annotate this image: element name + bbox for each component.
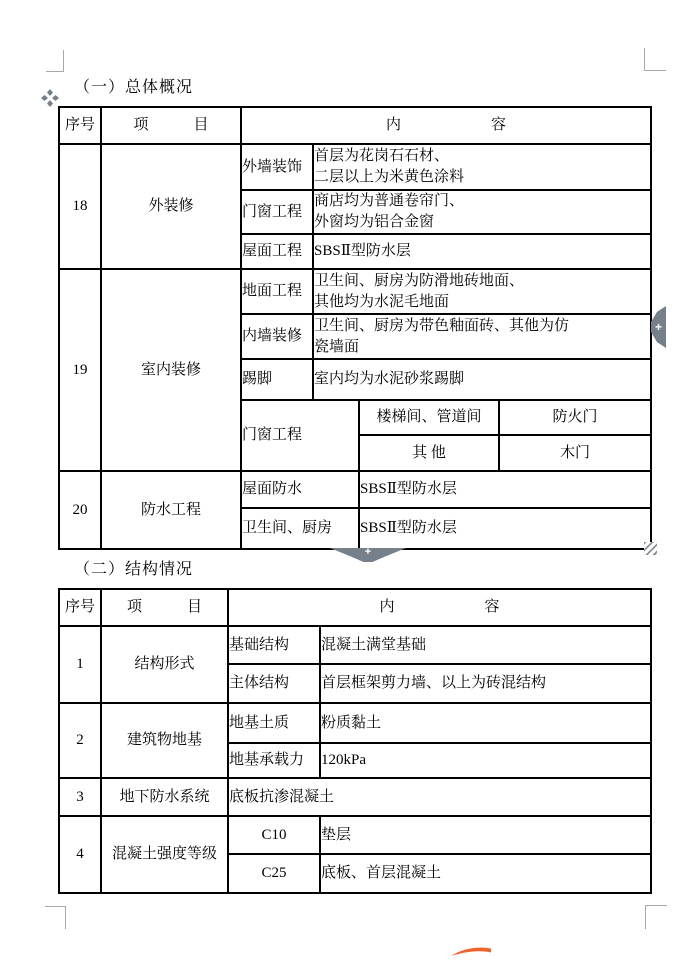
content-cell: 底板抗渗混凝土: [228, 778, 651, 816]
structure-table: 序号 项 目 内 容 1 结构形式 基础结构 混凝土满堂基础 主体结构 首层框架…: [58, 588, 652, 894]
item-cell: 结构形式: [101, 626, 228, 703]
sublabel-cell: C25: [228, 854, 320, 893]
plus-icon: +: [655, 320, 662, 334]
content-cell: 首层为花岗石石材、 二层以上为米黄色涂料: [313, 144, 651, 190]
row-number-cell: 20: [59, 471, 101, 549]
sublabel-cell: 屋面防水: [241, 471, 359, 508]
section-title-overview: （一）总体概况: [74, 74, 193, 97]
content-cell: 其 他: [359, 435, 499, 471]
sublabel-cell: 屋面工程: [241, 234, 313, 269]
expand-handle-right[interactable]: +: [651, 306, 666, 348]
content-cell: 防火门: [499, 400, 651, 435]
item-cell: 外装修: [101, 144, 241, 269]
content-cell: 卫生间、厨房为带色釉面砖、其他为仿 瓷墙面: [313, 314, 651, 359]
margin-corner-mark-top-left: [46, 50, 64, 72]
content-cell: 混凝土满堂基础: [320, 626, 651, 664]
header-content: 内 容: [241, 107, 651, 144]
row-number-cell: 18: [59, 144, 101, 269]
table-row: 2 建筑物地基 地基土质 粉质黏土: [59, 703, 651, 743]
section-title-structure: （二）结构情况: [74, 556, 193, 579]
row-number-cell: 4: [59, 816, 101, 893]
sublabel-cell: 外墙装饰: [241, 144, 313, 190]
header-item: 项 目: [101, 589, 228, 626]
header-seq: 序号: [59, 589, 101, 626]
table-resize-icon[interactable]: [644, 542, 657, 555]
table-row: 1 结构形式 基础结构 混凝土满堂基础: [59, 626, 651, 664]
four-arrows-icon: [40, 88, 60, 108]
item-cell: 地下防水系统: [101, 778, 228, 816]
sublabel-cell: 卫生间、厨房: [241, 508, 359, 549]
table-row: 19 室内装修 地面工程 卫生间、厨房为防滑地砖地面、 其他均为水泥毛地面: [59, 269, 651, 314]
sublabel-cell: 地基土质: [228, 703, 320, 743]
content-cell: 卫生间、厨房为防滑地砖地面、 其他均为水泥毛地面: [313, 269, 651, 314]
plus-icon: +: [365, 547, 371, 557]
sublabel-cell: 踢脚: [241, 359, 313, 400]
header-item: 项 目: [101, 107, 241, 144]
orange-swoosh-icon: [450, 944, 492, 958]
row-number-cell: 2: [59, 703, 101, 778]
sublabel-cell: 基础结构: [228, 626, 320, 664]
sublabel-cell: 地基承载力: [228, 743, 320, 778]
content-cell: 粉质黏土: [320, 703, 651, 743]
sublabel-cell: 内墙装修: [241, 314, 313, 359]
item-cell: 混凝土强度等级: [101, 816, 228, 893]
sublabel-cell: 地面工程: [241, 269, 313, 314]
table-move-icon[interactable]: [40, 88, 60, 108]
content-cell: 室内均为水泥砂浆踢脚: [313, 359, 651, 400]
content-cell: 木门: [499, 435, 651, 471]
insert-row-handle[interactable]: +: [330, 548, 406, 562]
table-header-row: 序号 项 目 内 容: [59, 107, 651, 144]
sublabel-cell: 主体结构: [228, 664, 320, 703]
item-cell: 建筑物地基: [101, 703, 228, 778]
header-content: 内 容: [228, 589, 651, 626]
sublabel-cell: 门窗工程: [241, 400, 359, 471]
sublabel-cell: 门窗工程: [241, 190, 313, 234]
sublabel-cell: C10: [228, 816, 320, 854]
header-seq: 序号: [59, 107, 101, 144]
content-cell: 商店均为普通卷帘门、 外窗均为铝合金窗: [313, 190, 651, 234]
table-header-row: 序号 项 目 内 容: [59, 589, 651, 626]
table-row: 4 混凝土强度等级 C10 垫层: [59, 816, 651, 854]
content-cell: 首层框架剪力墙、以上为砖混结构: [320, 664, 651, 703]
margin-corner-mark-bottom-left: [45, 906, 66, 929]
table-row: 3 地下防水系统 底板抗渗混凝土: [59, 778, 651, 816]
margin-corner-mark-top-right: [644, 48, 666, 71]
content-cell: 120kPa: [320, 743, 651, 778]
row-number-cell: 1: [59, 626, 101, 703]
table-row: 18 外装修 外墙装饰 首层为花岗石石材、 二层以上为米黄色涂料: [59, 144, 651, 190]
content-cell: 楼梯间、管道间: [359, 400, 499, 435]
margin-corner-mark-bottom-right: [645, 905, 667, 929]
item-cell: 防水工程: [101, 471, 241, 549]
row-number-cell: 19: [59, 269, 101, 471]
content-cell: SBSⅡ型防水层: [313, 234, 651, 269]
content-cell: SBSⅡ型防水层: [359, 471, 651, 508]
content-cell: 垫层: [320, 816, 651, 854]
content-cell: 底板、首层混凝土: [320, 854, 651, 893]
overview-table: 序号 项 目 内 容 18 外装修 外墙装饰 首层为花岗石石材、 二层以上为米黄…: [58, 106, 652, 550]
table-row: 20 防水工程 屋面防水 SBSⅡ型防水层: [59, 471, 651, 508]
item-cell: 室内装修: [101, 269, 241, 471]
row-number-cell: 3: [59, 778, 101, 816]
content-cell: SBSⅡ型防水层: [359, 508, 651, 549]
